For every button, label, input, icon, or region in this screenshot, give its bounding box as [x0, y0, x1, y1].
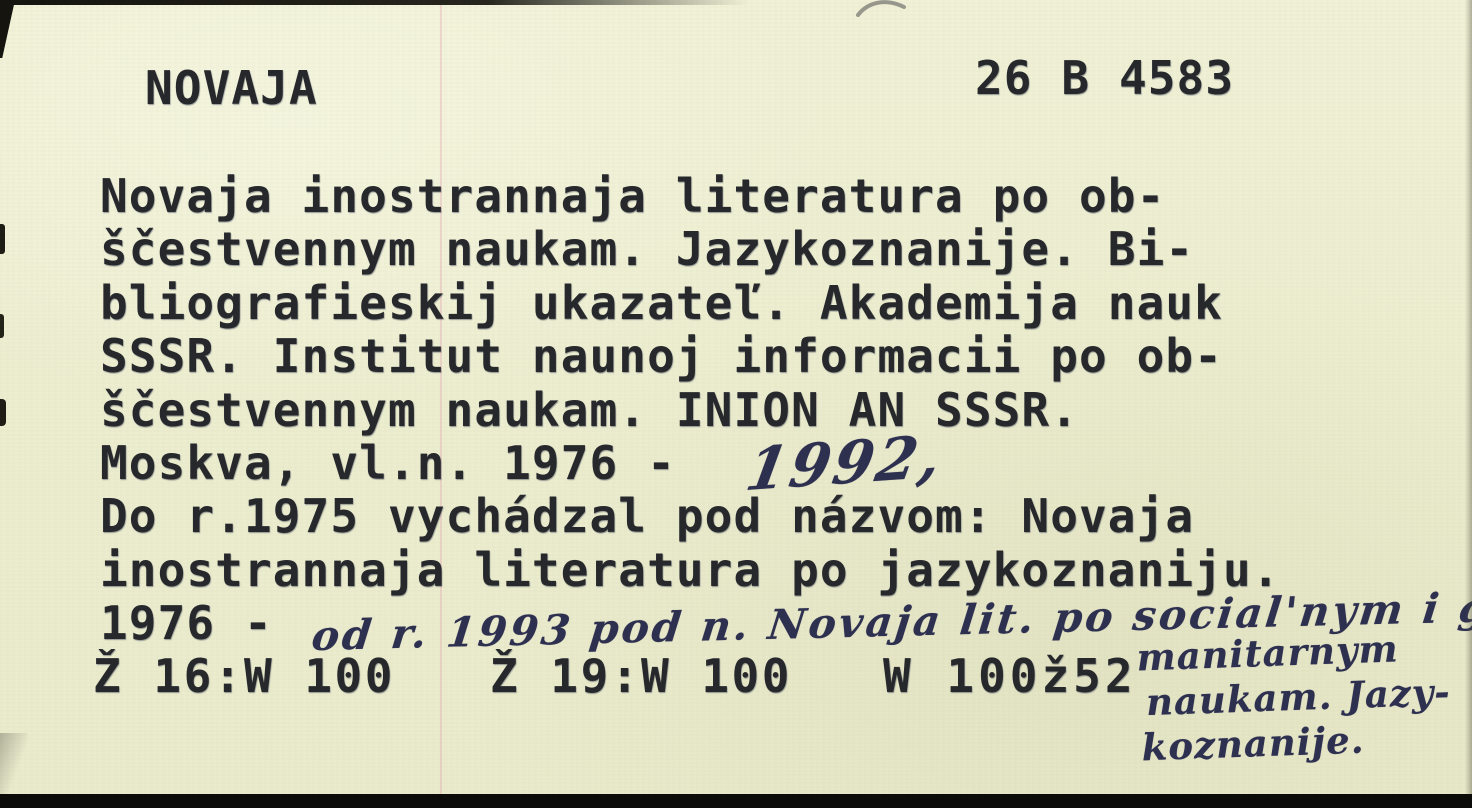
call-number: 26 B 4583: [975, 52, 1234, 105]
handwritten-end-year: 1992,: [743, 436, 946, 490]
class-code-3: W 100ž52: [883, 650, 1137, 703]
scan-artifact-bottom-left-corner: [0, 733, 28, 795]
catalog-card-scan: NOVAJA 26 B 4583 Novaja inostrannaja lit…: [0, 0, 1472, 808]
card-body: Novaja inostrannaja literatura po ob- šč…: [100, 170, 1472, 651]
scan-artifact-right-edge: [1465, 0, 1472, 795]
typed-text: Do r.1975 vychádzal pod názvom: Novaja: [100, 489, 1194, 543]
pencil-mark: [856, 0, 908, 17]
class-code-2: Ž 19:W 100: [490, 650, 792, 703]
typed-text: ščestvennym naukam. Jazykoznanije. Bi-: [100, 222, 1194, 276]
typed-text: inostrannaja literatura po jazykoznaniju…: [100, 543, 1281, 597]
typed-text: SSSR. Institut naunoj informacii po ob-: [100, 329, 1223, 383]
scan-artifact-left-mark: [0, 399, 6, 426]
typed-line: SSSR. Institut naunoj informacii po ob-: [100, 330, 1472, 383]
typed-line: bliografieskij ukazateľ. Akademija nauk: [100, 277, 1472, 330]
typed-line: ščestvennym naukam. Jazykoznanije. Bi-: [100, 223, 1472, 276]
typed-text: Moskva, vl.n. 1976 -: [100, 436, 705, 490]
typed-line: ščestvennym naukam. INION AN SSSR.: [100, 384, 1472, 437]
typed-text: Novaja inostrannaja literatura po ob-: [100, 169, 1165, 223]
scan-artifact-top-edge: [0, 0, 748, 5]
typed-text: 1976 -: [100, 596, 302, 650]
handwritten-continuation: manitarnym naukam. Jazy- koznanije.: [1136, 625, 1453, 771]
scan-artifact-left-mark: [0, 314, 4, 338]
card-heading: NOVAJA: [145, 62, 318, 115]
class-code-1: Ž 16:W 100: [93, 650, 395, 703]
scan-artifact-left-mark: [0, 224, 5, 254]
typed-line: Novaja inostrannaja literatura po ob-: [100, 170, 1472, 223]
scan-artifact-bottom-edge: [0, 794, 1472, 808]
typed-text: bliografieskij ukazateľ. Akademija nauk: [100, 276, 1223, 330]
typed-line-with-annotation: Moskva, vl.n. 1976 - 1992,: [100, 437, 1472, 490]
